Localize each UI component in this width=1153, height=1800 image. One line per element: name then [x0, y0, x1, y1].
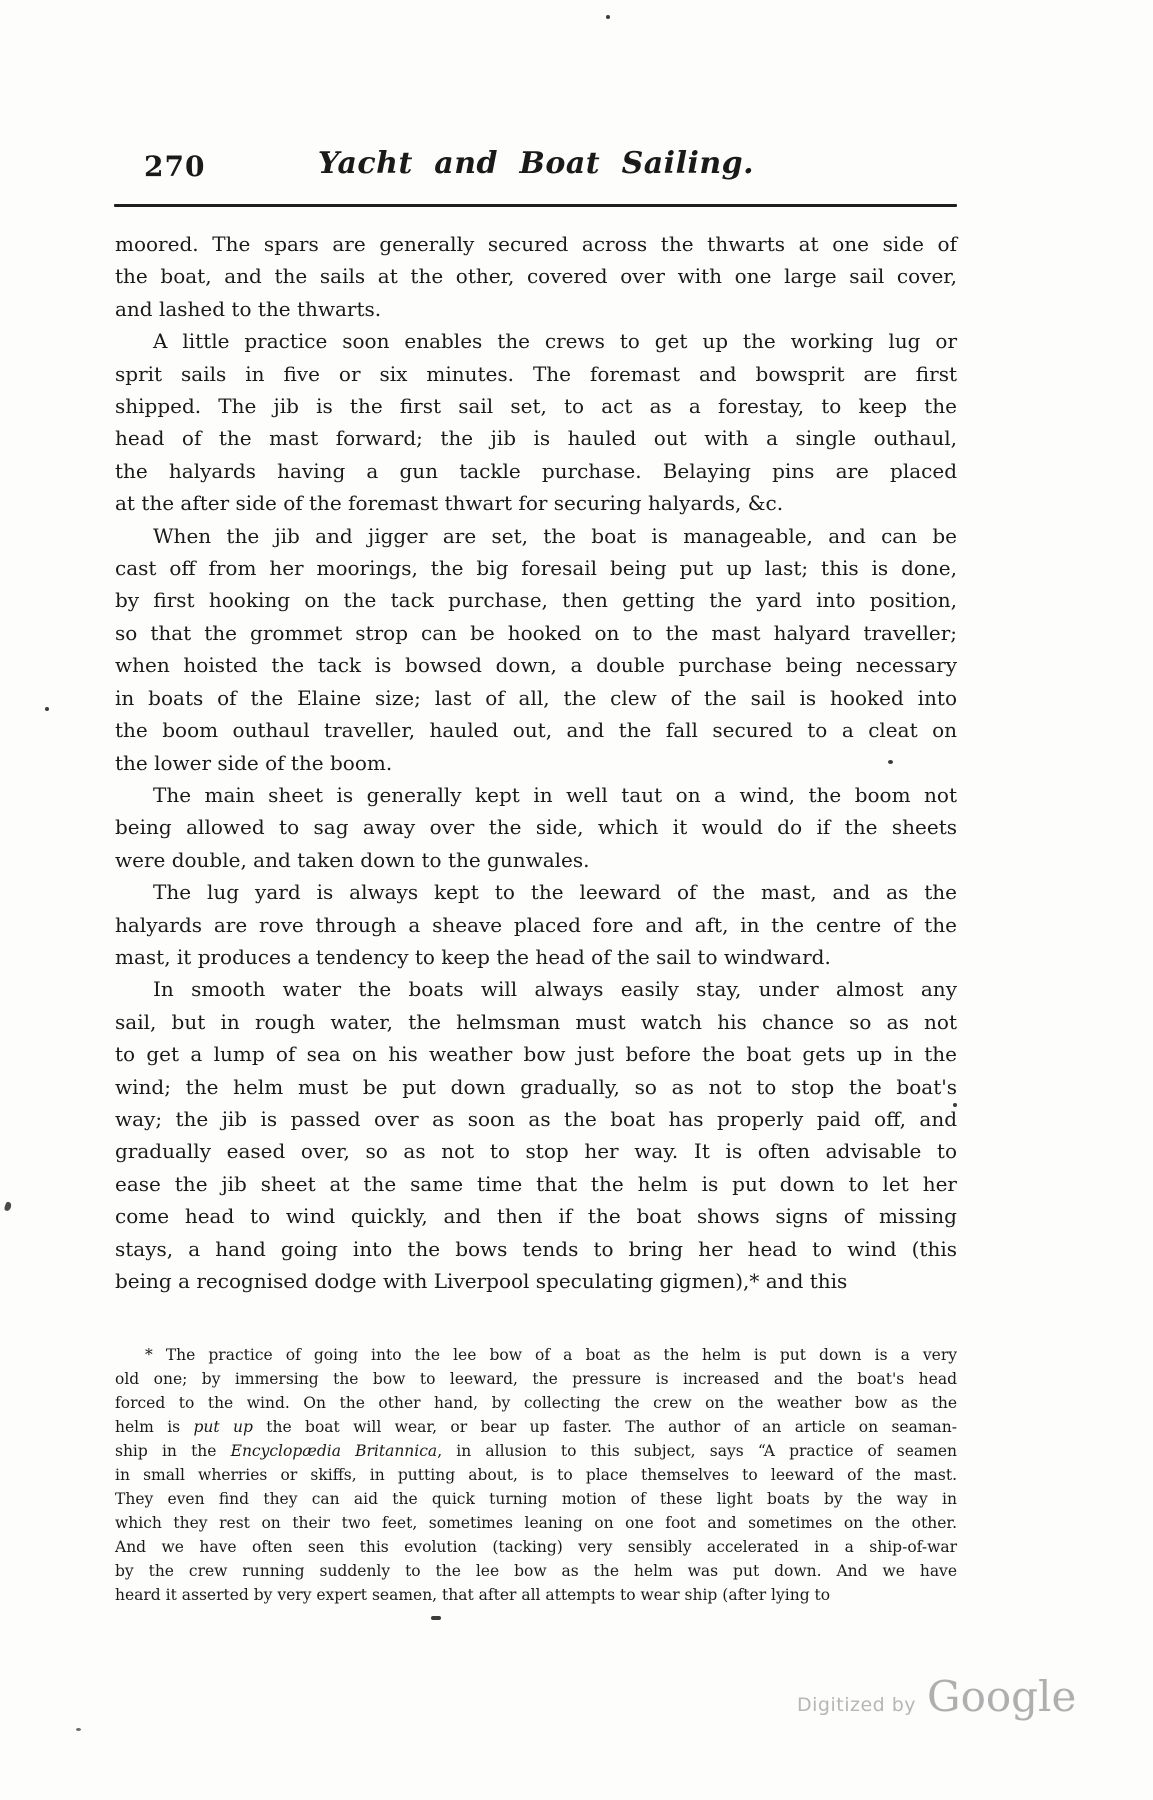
scan-speck	[953, 1103, 957, 1107]
text-line: The main sheet is generally kept in well…	[115, 779, 957, 811]
header-rule	[114, 204, 957, 207]
scan-speck	[45, 707, 49, 711]
text-line: the halyards having a gun tackle purchas…	[115, 455, 957, 487]
text-line: helm is put up the boat will wear, or be…	[115, 1415, 957, 1439]
text-line: ship in the Encyclopædia Britannica, in …	[115, 1439, 957, 1463]
text-line: which they rest on their two feet, somet…	[115, 1511, 957, 1535]
text-line: stays, a hand going into the bows tends …	[115, 1233, 957, 1265]
google-logo: Google	[927, 1672, 1076, 1721]
text-line: mast, it produces a tendency to keep the…	[115, 941, 957, 973]
text-line: to get a lump of sea on his weather bow …	[115, 1038, 957, 1070]
scan-speck	[76, 1728, 81, 1731]
text-line: They even find they can aid the quick tu…	[115, 1487, 957, 1511]
footnote: * The practice of going into the lee bow…	[115, 1343, 957, 1607]
text-line: wind; the helm must be put down graduall…	[115, 1071, 957, 1103]
text-line: when hoisted the tack is bowsed down, a …	[115, 649, 957, 681]
text-line: at the after side of the foremast thwart…	[115, 487, 957, 519]
text-line: being a recognised dodge with Liverpool …	[115, 1265, 957, 1297]
text-line: gradually eased over, so as not to stop …	[115, 1135, 957, 1167]
text-line: by first hooking on the tack purchase, t…	[115, 584, 957, 616]
running-title: Yacht and Boat Sailing.	[115, 144, 957, 184]
text-line: and lashed to the thwarts.	[115, 293, 957, 325]
text-line: were double, and taken down to the gunwa…	[115, 844, 957, 876]
text-line: The lug yard is always kept to the leewa…	[115, 876, 957, 908]
text-line: come head to wind quickly, and then if t…	[115, 1200, 957, 1232]
scan-speck	[4, 1201, 12, 1211]
text-line: A little practice soon enables the crews…	[115, 325, 957, 357]
text-line: halyards are rove through a sheave place…	[115, 909, 957, 941]
text-line: in boats of the Elaine size; last of all…	[115, 682, 957, 714]
text-line: being allowed to sag away over the side,…	[115, 811, 957, 843]
text-line: In smooth water the boats will always ea…	[115, 973, 957, 1005]
text-line: head of the mast forward; the jib is hau…	[115, 422, 957, 454]
text-line: sprit sails in five or six minutes. The …	[115, 358, 957, 390]
text-line: the lower side of the boom.	[115, 747, 957, 779]
book-page: 270 Yacht and Boat Sailing. moored. The …	[0, 0, 1153, 1800]
text-line: in small wherries or skiffs, in putting …	[115, 1463, 957, 1487]
text-line: When the jib and jigger are set, the boa…	[115, 520, 957, 552]
text-line: old one; by immersing the bow to leeward…	[115, 1367, 957, 1391]
text-line: ease the jib sheet at the same time that…	[115, 1168, 957, 1200]
text-line: forced to the wind. On the other hand, b…	[115, 1391, 957, 1415]
text-line: shipped. The jib is the first sail set, …	[115, 390, 957, 422]
text-line: the boom outhaul traveller, hauled out, …	[115, 714, 957, 746]
text-line: sail, but in rough water, the helmsman m…	[115, 1006, 957, 1038]
scan-speck	[888, 760, 893, 764]
text-line: And we have often seen this evolution (t…	[115, 1535, 957, 1559]
scan-dash	[431, 1616, 441, 1620]
text-line: way; the jib is passed over as soon as t…	[115, 1103, 957, 1135]
watermark-prefix: Digitized by	[797, 1694, 916, 1716]
text-line: by the crew running suddenly to the lee …	[115, 1559, 957, 1583]
watermark: Digitized by Google	[797, 1672, 1076, 1721]
text-line: the boat, and the sails at the other, co…	[115, 260, 957, 292]
body-text: moored. The spars are generally secured …	[115, 228, 957, 1297]
text-line: moored. The spars are generally secured …	[115, 228, 957, 260]
text-line: heard it asserted by very expert seamen,…	[115, 1583, 957, 1607]
text-line: so that the grommet strop can be hooked …	[115, 617, 957, 649]
text-line: * The practice of going into the lee bow…	[115, 1343, 957, 1367]
text-line: cast off from her moorings, the big fore…	[115, 552, 957, 584]
scan-speck	[606, 15, 610, 19]
